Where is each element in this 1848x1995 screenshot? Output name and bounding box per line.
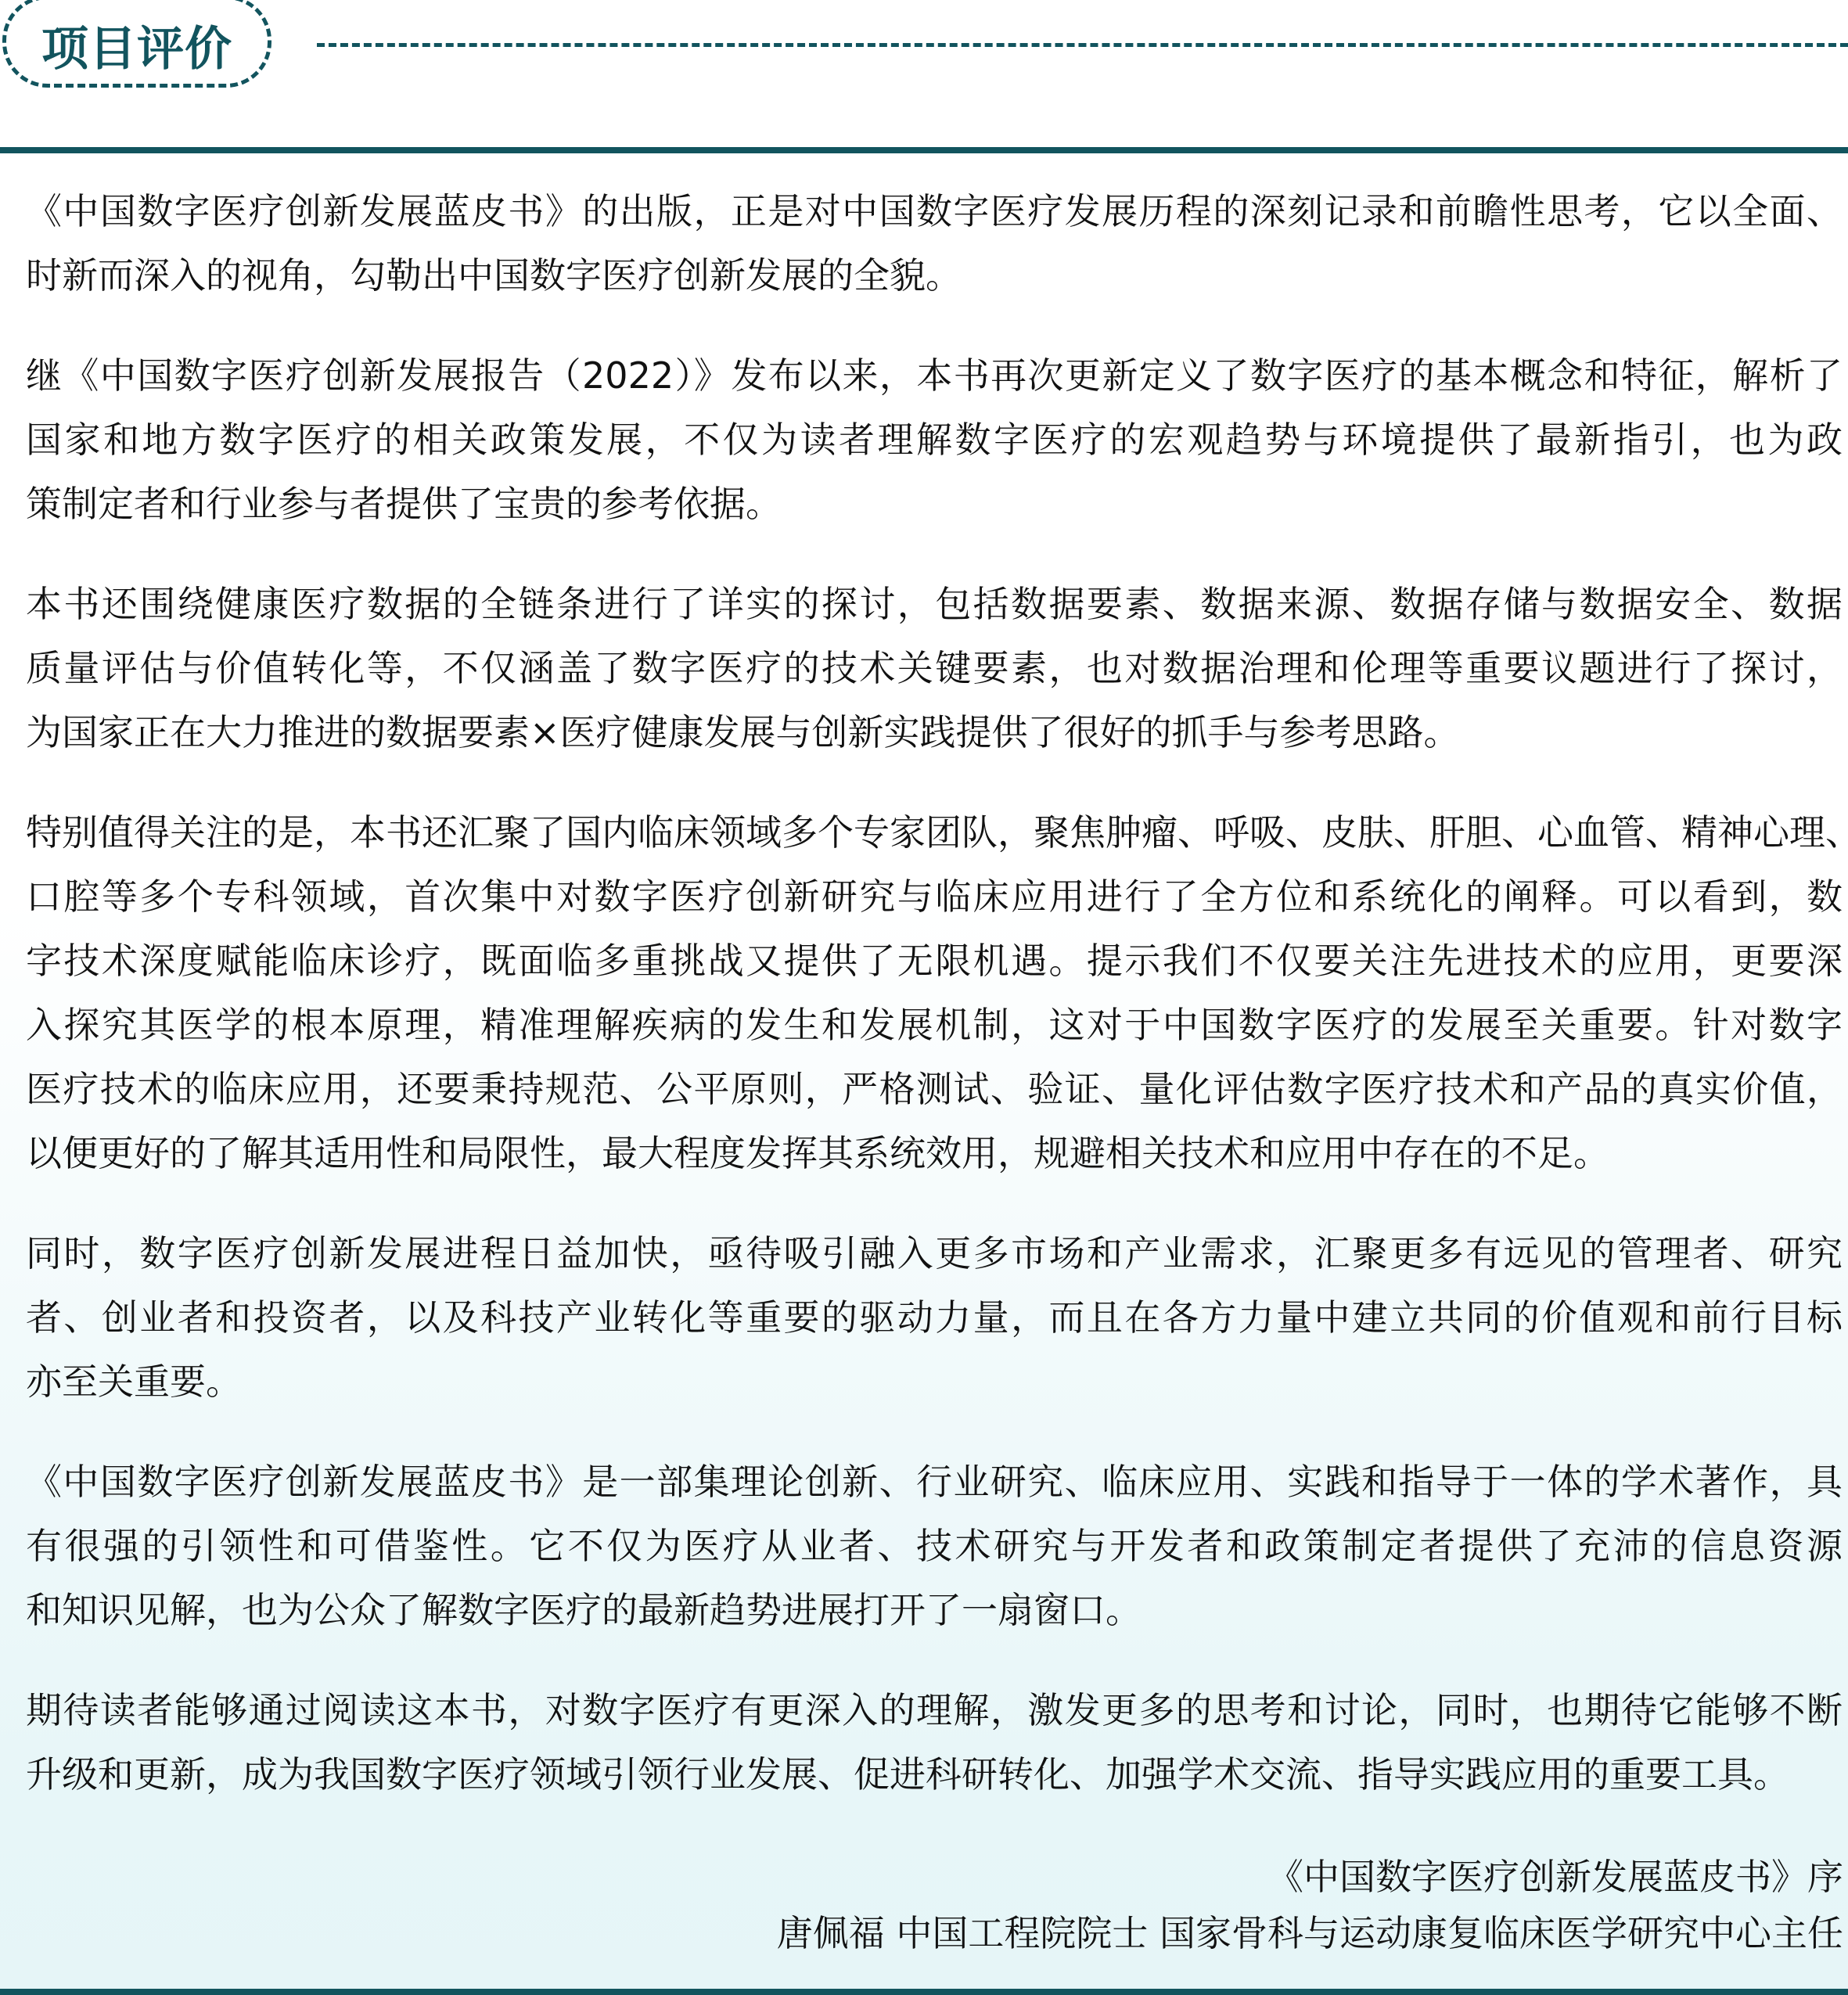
top-divider xyxy=(0,147,1848,153)
paragraph-academic-work: 《中国数字医疗创新发展蓝皮书》是一部集理论创新、行业研究、临床应用、实践和指导于… xyxy=(26,1450,1843,1642)
section-title-badge: 项目评价 xyxy=(2,0,271,88)
paragraph-clinical-experts: 特别值得关注的是，本书还汇聚了国内临床领域多个专家团队，聚焦肿瘤、呼吸、皮肤、肝… xyxy=(26,800,1843,1185)
paragraph-policy: 继《中国数字医疗创新发展报告（2022）》发布以来，本书再次更新定义了数字医疗的… xyxy=(26,343,1843,536)
paragraph-expectations: 期待读者能够通过阅读这本书，对数字医疗有更深入的理解，激发更多的思考和讨论，同时… xyxy=(26,1678,1843,1806)
text-line: 者、创业者和投资者，以及科技产业转化等重要的驱动力量，而且在各方力量中建立共同的… xyxy=(26,1285,1843,1350)
text-line: 亦至关重要。 xyxy=(26,1350,1843,1414)
header-dashed-divider xyxy=(317,43,1848,47)
section-title: 项目评价 xyxy=(41,4,232,79)
paragraph-publication-intro: 《中国数字医疗创新发展蓝皮书》的出版，正是对中国数字医疗发展历程的深刻记录和前瞻… xyxy=(26,179,1843,307)
bottom-divider xyxy=(0,1989,1848,1995)
signature-block: 《中国数字医疗创新发展蓝皮书》序 唐佩福 中国工程院院士 国家骨科与运动康复临床… xyxy=(777,1849,1843,1961)
text-line: 国家和地方数字医疗的相关政策发展，不仅为读者理解数字医疗的宏观趋势与环境提供了最… xyxy=(26,408,1843,472)
text-line: 同时，数字医疗创新发展进程日益加快，亟待吸引融入更多市场和产业需求，汇聚更多有远… xyxy=(26,1221,1843,1285)
text-line: 入探究其医学的根本原理，精准理解疾病的发生和发展机制，这对于中国数字医疗的发展至… xyxy=(26,993,1843,1057)
text-line: 和知识见解，也为公众了解数字医疗的最新趋势进展打开了一扇窗口。 xyxy=(26,1578,1843,1642)
signature-author: 唐佩福 中国工程院院士 国家骨科与运动康复临床医学研究中心主任 xyxy=(777,1905,1843,1961)
text-line: 字技术深度赋能临床诊疗，既面临多重挑战又提供了无限机遇。提示我们不仅要关注先进技… xyxy=(26,929,1843,993)
signature-source: 《中国数字医疗创新发展蓝皮书》序 xyxy=(777,1849,1843,1905)
text-line: 医疗技术的临床应用，还要秉持规范、公平原则，严格测试、验证、量化评估数字医疗技术… xyxy=(26,1057,1843,1121)
section-header: 项目评价 xyxy=(0,0,1848,150)
text-line: 质量评估与价值转化等，不仅涵盖了数字医疗的技术关键要素，也对数据治理和伦理等重要… xyxy=(26,636,1843,700)
text-line: 有很强的引领性和可借鉴性。它不仅为医疗从业者、技术研究与开发者和政策制定者提供了… xyxy=(26,1514,1843,1578)
text-line: 《中国数字医疗创新发展蓝皮书》是一部集理论创新、行业研究、临床应用、实践和指导于… xyxy=(26,1450,1843,1514)
text-line: 为国家正在大力推进的数据要素×医疗健康发展与创新实践提供了很好的抓手与参考思路。 xyxy=(26,700,1843,764)
text-line: 继《中国数字医疗创新发展报告（2022）》发布以来，本书再次更新定义了数字医疗的… xyxy=(26,343,1843,408)
paragraph-market-forces: 同时，数字医疗创新发展进程日益加快，亟待吸引融入更多市场和产业需求，汇聚更多有远… xyxy=(26,1221,1843,1414)
paragraph-data-chain: 本书还围绕健康医疗数据的全链条进行了详实的探讨，包括数据要素、数据来源、数据存储… xyxy=(26,572,1843,764)
text-line: 《中国数字医疗创新发展蓝皮书》的出版，正是对中国数字医疗发展历程的深刻记录和前瞻… xyxy=(26,179,1843,243)
text-line: 口腔等多个专科领域，首次集中对数字医疗创新研究与临床应用进行了全方位和系统化的阐… xyxy=(26,864,1843,929)
review-body: 《中国数字医疗创新发展蓝皮书》的出版，正是对中国数字医疗发展历程的深刻记录和前瞻… xyxy=(26,179,1843,1842)
text-line: 本书还围绕健康医疗数据的全链条进行了详实的探讨，包括数据要素、数据来源、数据存储… xyxy=(26,572,1843,636)
text-line: 策制定者和行业参与者提供了宝贵的参考依据。 xyxy=(26,472,1843,536)
text-line: 期待读者能够通过阅读这本书，对数字医疗有更深入的理解，激发更多的思考和讨论，同时… xyxy=(26,1678,1843,1742)
text-line: 升级和更新，成为我国数字医疗领域引领行业发展、促进科研转化、加强学术交流、指导实… xyxy=(26,1742,1843,1806)
text-line: 以便更好的了解其适用性和局限性，最大程度发挥其系统效用，规避相关技术和应用中存在… xyxy=(26,1121,1843,1185)
text-line: 时新而深入的视角，勾勒出中国数字医疗创新发展的全貌。 xyxy=(26,243,1843,307)
text-line: 特别值得关注的是，本书还汇聚了国内临床领域多个专家团队，聚焦肿瘤、呼吸、皮肤、肝… xyxy=(26,800,1843,864)
